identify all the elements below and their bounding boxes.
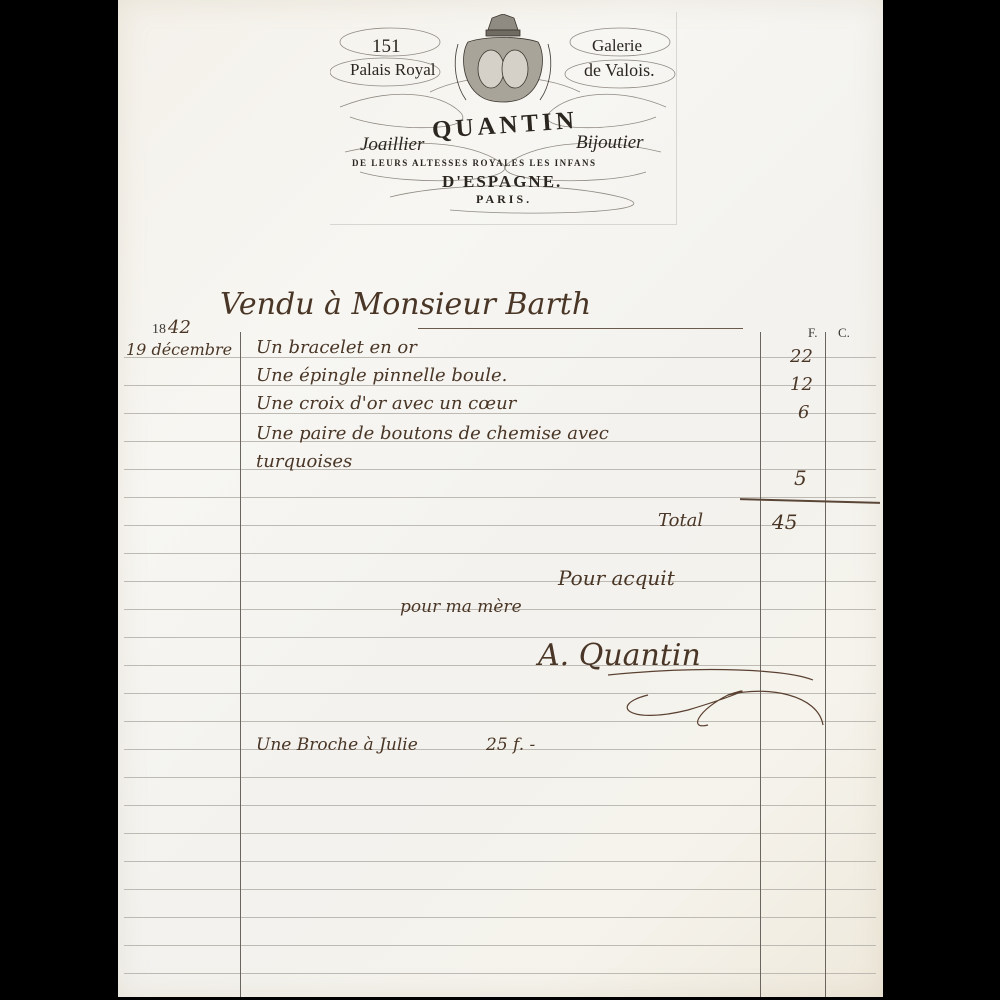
ruled-line bbox=[124, 889, 876, 890]
letterhead: 151 Palais Royal Galerie de Valois. QUAN… bbox=[330, 12, 677, 225]
ruled-line bbox=[124, 945, 876, 946]
heading-underline bbox=[418, 328, 743, 329]
ruled-line bbox=[124, 917, 876, 918]
signature-flourish-icon bbox=[588, 655, 828, 735]
ruled-line bbox=[124, 637, 876, 638]
postscript-amount: 25 f. - bbox=[486, 735, 535, 755]
francs-header: F. bbox=[808, 325, 817, 341]
ruled-line bbox=[124, 525, 876, 526]
ruled-line bbox=[124, 973, 876, 974]
country: D'ESPAGNE. bbox=[442, 172, 562, 192]
item-description: Une croix d'or avec un cœur bbox=[256, 393, 516, 414]
ruled-line bbox=[124, 581, 876, 582]
year-written: 42 bbox=[168, 317, 191, 338]
centimes-header: C. bbox=[838, 325, 850, 341]
acquittal-note: pour ma mère bbox=[400, 597, 522, 617]
item-description: Une épingle pinnelle boule. bbox=[256, 365, 507, 386]
ruled-line bbox=[124, 861, 876, 862]
total-value: 45 bbox=[772, 510, 797, 534]
item-francs: 22 bbox=[790, 346, 813, 367]
item-francs: 6 bbox=[798, 402, 809, 423]
ruled-line bbox=[124, 805, 876, 806]
total-rule bbox=[740, 498, 880, 503]
ruled-line bbox=[124, 777, 876, 778]
ruled-line bbox=[124, 469, 876, 470]
date-column-rule bbox=[240, 332, 241, 997]
invoice-heading: Vendu à Monsieur Barth bbox=[220, 287, 591, 322]
invoice-date: 19 décembre bbox=[126, 340, 232, 359]
city: PARIS. bbox=[476, 192, 532, 207]
item-francs: 12 bbox=[790, 374, 813, 395]
item-francs: 5 bbox=[794, 466, 807, 490]
address-number: 151 bbox=[372, 36, 401, 58]
year-printed: 18 bbox=[152, 322, 166, 338]
address-valois: de Valois. bbox=[584, 60, 655, 81]
item-description: Une paire de boutons de chemise avec bbox=[256, 423, 609, 444]
acquittal-text: Pour acquit bbox=[558, 566, 675, 590]
item-description: turquoises bbox=[256, 451, 352, 472]
postscript-item: Une Broche à Julie bbox=[256, 735, 418, 755]
ruled-line bbox=[124, 833, 876, 834]
address-palais-royal: Palais Royal bbox=[350, 60, 435, 80]
ruled-line bbox=[124, 553, 876, 554]
total-label: Total bbox=[658, 510, 703, 531]
title-joaillier: Joaillier bbox=[360, 134, 424, 156]
royal-warrant: DE LEURS ALTESSES ROYALES LES INFANS bbox=[352, 158, 597, 168]
invoice-paper: 151 Palais Royal Galerie de Valois. QUAN… bbox=[118, 0, 883, 997]
item-description: Un bracelet en or bbox=[256, 337, 417, 358]
ruled-line bbox=[124, 357, 876, 358]
address-galerie: Galerie bbox=[592, 36, 642, 56]
title-bijoutier: Bijoutier bbox=[576, 132, 644, 154]
royal-crest-icon bbox=[450, 14, 556, 114]
